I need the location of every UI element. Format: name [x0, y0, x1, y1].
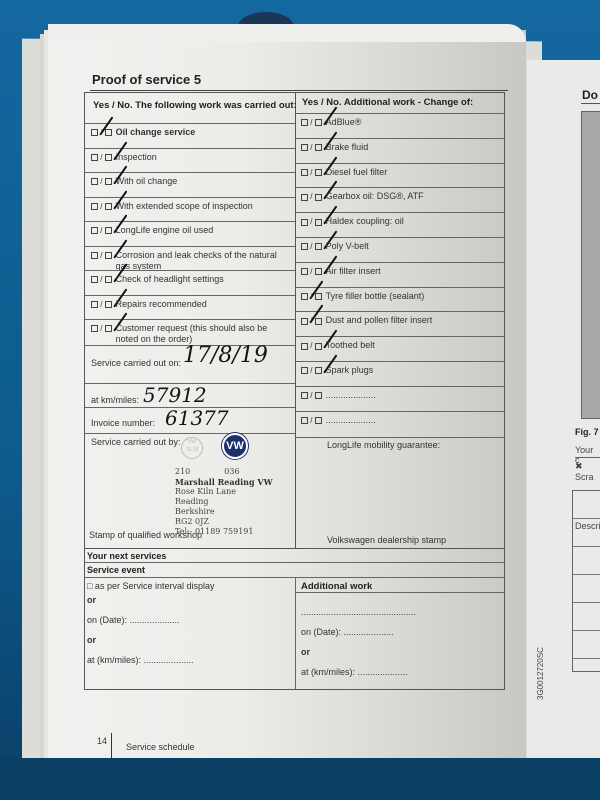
yes-no-checkbox[interactable]: /	[301, 291, 322, 302]
right-item[interactable]: / Gearbox oil: DSG®, ATF	[301, 191, 501, 202]
dealer-code: 036	[224, 467, 239, 476]
divider	[296, 386, 504, 387]
right-item[interactable]: / Haldex coupling: oil	[301, 216, 501, 227]
yes-no-checkbox[interactable]: /	[301, 216, 322, 227]
left-item-label: LongLife engine oil used	[116, 225, 214, 236]
service-grid: Yes / No. The following work was carried…	[84, 92, 505, 549]
dealer-postcode: RG2 0JZ	[175, 517, 273, 527]
divider	[85, 562, 504, 563]
yes-no-checkbox[interactable]: /	[301, 142, 322, 153]
right-item-label: Diesel fuel filter	[326, 167, 388, 178]
divider	[85, 319, 295, 320]
service-date-value[interactable]: 17/8/19	[183, 343, 268, 368]
left-item[interactable]: / Repairs recommended	[91, 299, 291, 310]
yes-no-checkbox[interactable]: /	[91, 250, 112, 261]
left-item[interactable]: / With extended scope of inspection	[91, 201, 291, 212]
divider	[296, 592, 504, 593]
page-title: Proof of service 5	[92, 72, 201, 87]
right-item[interactable]: / Toothed belt	[301, 340, 501, 351]
additional-work-label: Additional work	[301, 581, 372, 592]
section-title: Service schedule	[126, 742, 195, 752]
divider	[85, 246, 295, 247]
next-date-left[interactable]: on (Date): ....................	[87, 615, 180, 625]
divider	[296, 113, 504, 114]
divider	[296, 411, 504, 412]
left-item-label: Oil change service	[116, 127, 196, 138]
table-row: Descri	[573, 519, 600, 547]
yes-no-checkbox[interactable]: /	[301, 390, 322, 401]
divider	[295, 577, 296, 689]
faint-stamp: VW10.18	[181, 437, 203, 459]
divider	[296, 212, 504, 213]
service-date-label: Service carried out on:	[91, 358, 181, 368]
carried-out-by-label: Service carried out by:	[91, 437, 181, 447]
right-item-label: Brake fluid	[326, 142, 369, 153]
next-services-section: Your next services Service event □ as pe…	[84, 548, 505, 690]
right-item[interactable]: / Air filter insert	[301, 266, 501, 277]
right-column-header: Yes / No. Additional work - Change of:	[302, 97, 473, 108]
divider	[296, 138, 504, 139]
divider	[85, 295, 295, 296]
yes-no-checkbox[interactable]: /	[301, 266, 322, 277]
yes-no-checkbox[interactable]: /	[91, 176, 112, 187]
next-km-left[interactable]: at (km/miles): ....................	[87, 655, 194, 665]
left-item-label: Inspection	[116, 152, 157, 163]
stamp-label: Stamp of qualified workshop	[89, 530, 202, 540]
dealer-address: Reading	[175, 497, 273, 507]
invoice-value[interactable]: 61377	[165, 406, 229, 430]
yes-no-checkbox[interactable]: /	[301, 340, 322, 351]
right-item-label: ....................	[326, 415, 376, 426]
figure-label: Fig. 7	[575, 427, 599, 437]
left-item[interactable]: / Check of headlight settings	[91, 274, 291, 285]
yes-no-checkbox[interactable]: /	[301, 365, 322, 376]
divider	[296, 287, 504, 288]
divider	[575, 457, 600, 458]
document-code: 3G0012720SC	[536, 647, 545, 700]
mileage-value[interactable]: 57912	[143, 383, 207, 407]
right-item-label: Gearbox oil: DSG®, ATF	[326, 191, 424, 202]
table-row	[573, 631, 600, 659]
divider	[296, 163, 504, 164]
vw-logo-icon: VW	[222, 433, 248, 459]
divider	[85, 123, 295, 124]
left-item[interactable]: / Customer request (this should also be …	[91, 323, 291, 345]
right-item[interactable]: / AdBlue®	[301, 117, 501, 128]
right-item-label: Haldex coupling: oil	[326, 216, 404, 227]
right-page-text: ✖ Scra	[575, 461, 600, 482]
next-km-right[interactable]: at (km/miles): ....................	[301, 667, 408, 677]
right-item[interactable]: / Brake fluid	[301, 142, 501, 153]
next-date-right[interactable]: on (Date): ....................	[301, 627, 394, 637]
right-item[interactable]: / Tyre filler bottle (sealant)	[301, 291, 501, 302]
right-item[interactable]: / Poly V-belt	[301, 241, 501, 252]
right-item[interactable]: / ....................	[301, 415, 501, 426]
dealer-address: Rose Kiln Lane	[175, 487, 273, 497]
divider	[296, 187, 504, 188]
next-services-title: Your next services	[87, 551, 166, 561]
divider	[85, 433, 295, 434]
yes-no-checkbox[interactable]: /	[301, 241, 322, 252]
divider	[296, 437, 504, 438]
divider	[111, 733, 112, 761]
dealer-stamp: 210036 Marshall Reading VW Rose Kiln Lan…	[175, 467, 273, 537]
right-item[interactable]: / ....................	[301, 390, 501, 401]
left-column-header: Yes / No. The following work was carried…	[93, 100, 297, 111]
additional-work-field[interactable]: ........................................…	[301, 607, 416, 617]
right-item[interactable]: / Dust and pollen filter insert	[301, 315, 501, 326]
invoice-label: Invoice number:	[91, 418, 155, 428]
yes-no-checkbox[interactable]: /	[301, 167, 322, 178]
left-item[interactable]: / With oil change	[91, 176, 291, 187]
or-label: or	[87, 635, 96, 645]
yes-no-checkbox[interactable]: /	[91, 225, 112, 236]
table-cell: Descri	[575, 521, 600, 531]
left-item-label: With oil change	[116, 176, 178, 187]
yes-no-checkbox[interactable]: /	[91, 274, 112, 285]
right-item-label: AdBlue®	[326, 117, 362, 128]
divider	[295, 93, 296, 548]
dealer-address: Berkshire	[175, 507, 273, 517]
left-item-label: Corrosion and leak checks of the natural…	[116, 250, 291, 272]
background	[0, 758, 600, 800]
yes-no-checkbox[interactable]: /	[91, 323, 112, 334]
interval-option[interactable]: □ as per Service interval display	[87, 581, 215, 591]
left-item-label: With extended scope of inspection	[116, 201, 253, 212]
divider	[85, 221, 295, 222]
yes-no-checkbox[interactable]: /	[91, 201, 112, 212]
divider	[296, 237, 504, 238]
dealer-stamp-label: Volkswagen dealership stamp	[327, 535, 446, 545]
left-item-label: Check of headlight settings	[116, 274, 224, 285]
table-row	[573, 547, 600, 575]
divider	[581, 103, 600, 104]
right-item-label: ....................	[326, 390, 376, 401]
right-item-label: Dust and pollen filter insert	[326, 315, 433, 326]
left-item[interactable]: / Oil change service	[91, 127, 291, 138]
yes-no-checkbox[interactable]: /	[301, 415, 322, 426]
dealer-code: 210	[175, 467, 190, 476]
yes-no-checkbox[interactable]: /	[91, 299, 112, 310]
left-item-label: Repairs recommended	[116, 299, 207, 310]
dealer-name: Marshall Reading VW	[175, 477, 273, 487]
right-item-label: Spark plugs	[326, 365, 374, 376]
service-event-label: Service event	[87, 565, 145, 575]
right-page-figure	[581, 111, 600, 419]
left-item[interactable]: / LongLife engine oil used	[91, 225, 291, 236]
right-item[interactable]: / Diesel fuel filter	[301, 167, 501, 178]
divider	[85, 197, 295, 198]
or-label: or	[301, 647, 310, 657]
right-item-label: Toothed belt	[326, 340, 375, 351]
divider	[296, 336, 504, 337]
page-curl	[48, 24, 526, 42]
right-page-table: Descri	[572, 490, 600, 672]
right-item-label: Poly V-belt	[326, 241, 369, 252]
table-row	[573, 603, 600, 631]
right-item-label: Air filter insert	[326, 266, 381, 277]
table-row	[573, 575, 600, 603]
right-item-label: Tyre filler bottle (sealant)	[326, 291, 425, 302]
or-label: or	[87, 595, 96, 605]
divider	[90, 90, 508, 91]
table-row	[573, 491, 600, 519]
right-item[interactable]: / Spark plugs	[301, 365, 501, 376]
right-page-title: Do	[582, 88, 598, 102]
yes-no-checkbox[interactable]: /	[91, 152, 112, 163]
mileage-label: at km/miles:	[91, 395, 139, 405]
left-item-label: Customer request (this should also be no…	[116, 323, 291, 345]
divider	[296, 361, 504, 362]
divider	[296, 262, 504, 263]
divider	[85, 270, 295, 271]
yes-no-checkbox[interactable]: /	[301, 117, 322, 128]
yes-no-checkbox[interactable]: /	[301, 191, 322, 202]
divider	[296, 311, 504, 312]
yes-no-checkbox[interactable]: /	[91, 127, 112, 138]
longlife-guarantee-label: LongLife mobility guarantee:	[327, 440, 440, 450]
yes-no-checkbox[interactable]: /	[301, 315, 322, 326]
left-item[interactable]: / Inspection	[91, 152, 291, 163]
divider	[85, 172, 295, 173]
divider	[85, 148, 295, 149]
page-number: 14	[97, 736, 107, 746]
